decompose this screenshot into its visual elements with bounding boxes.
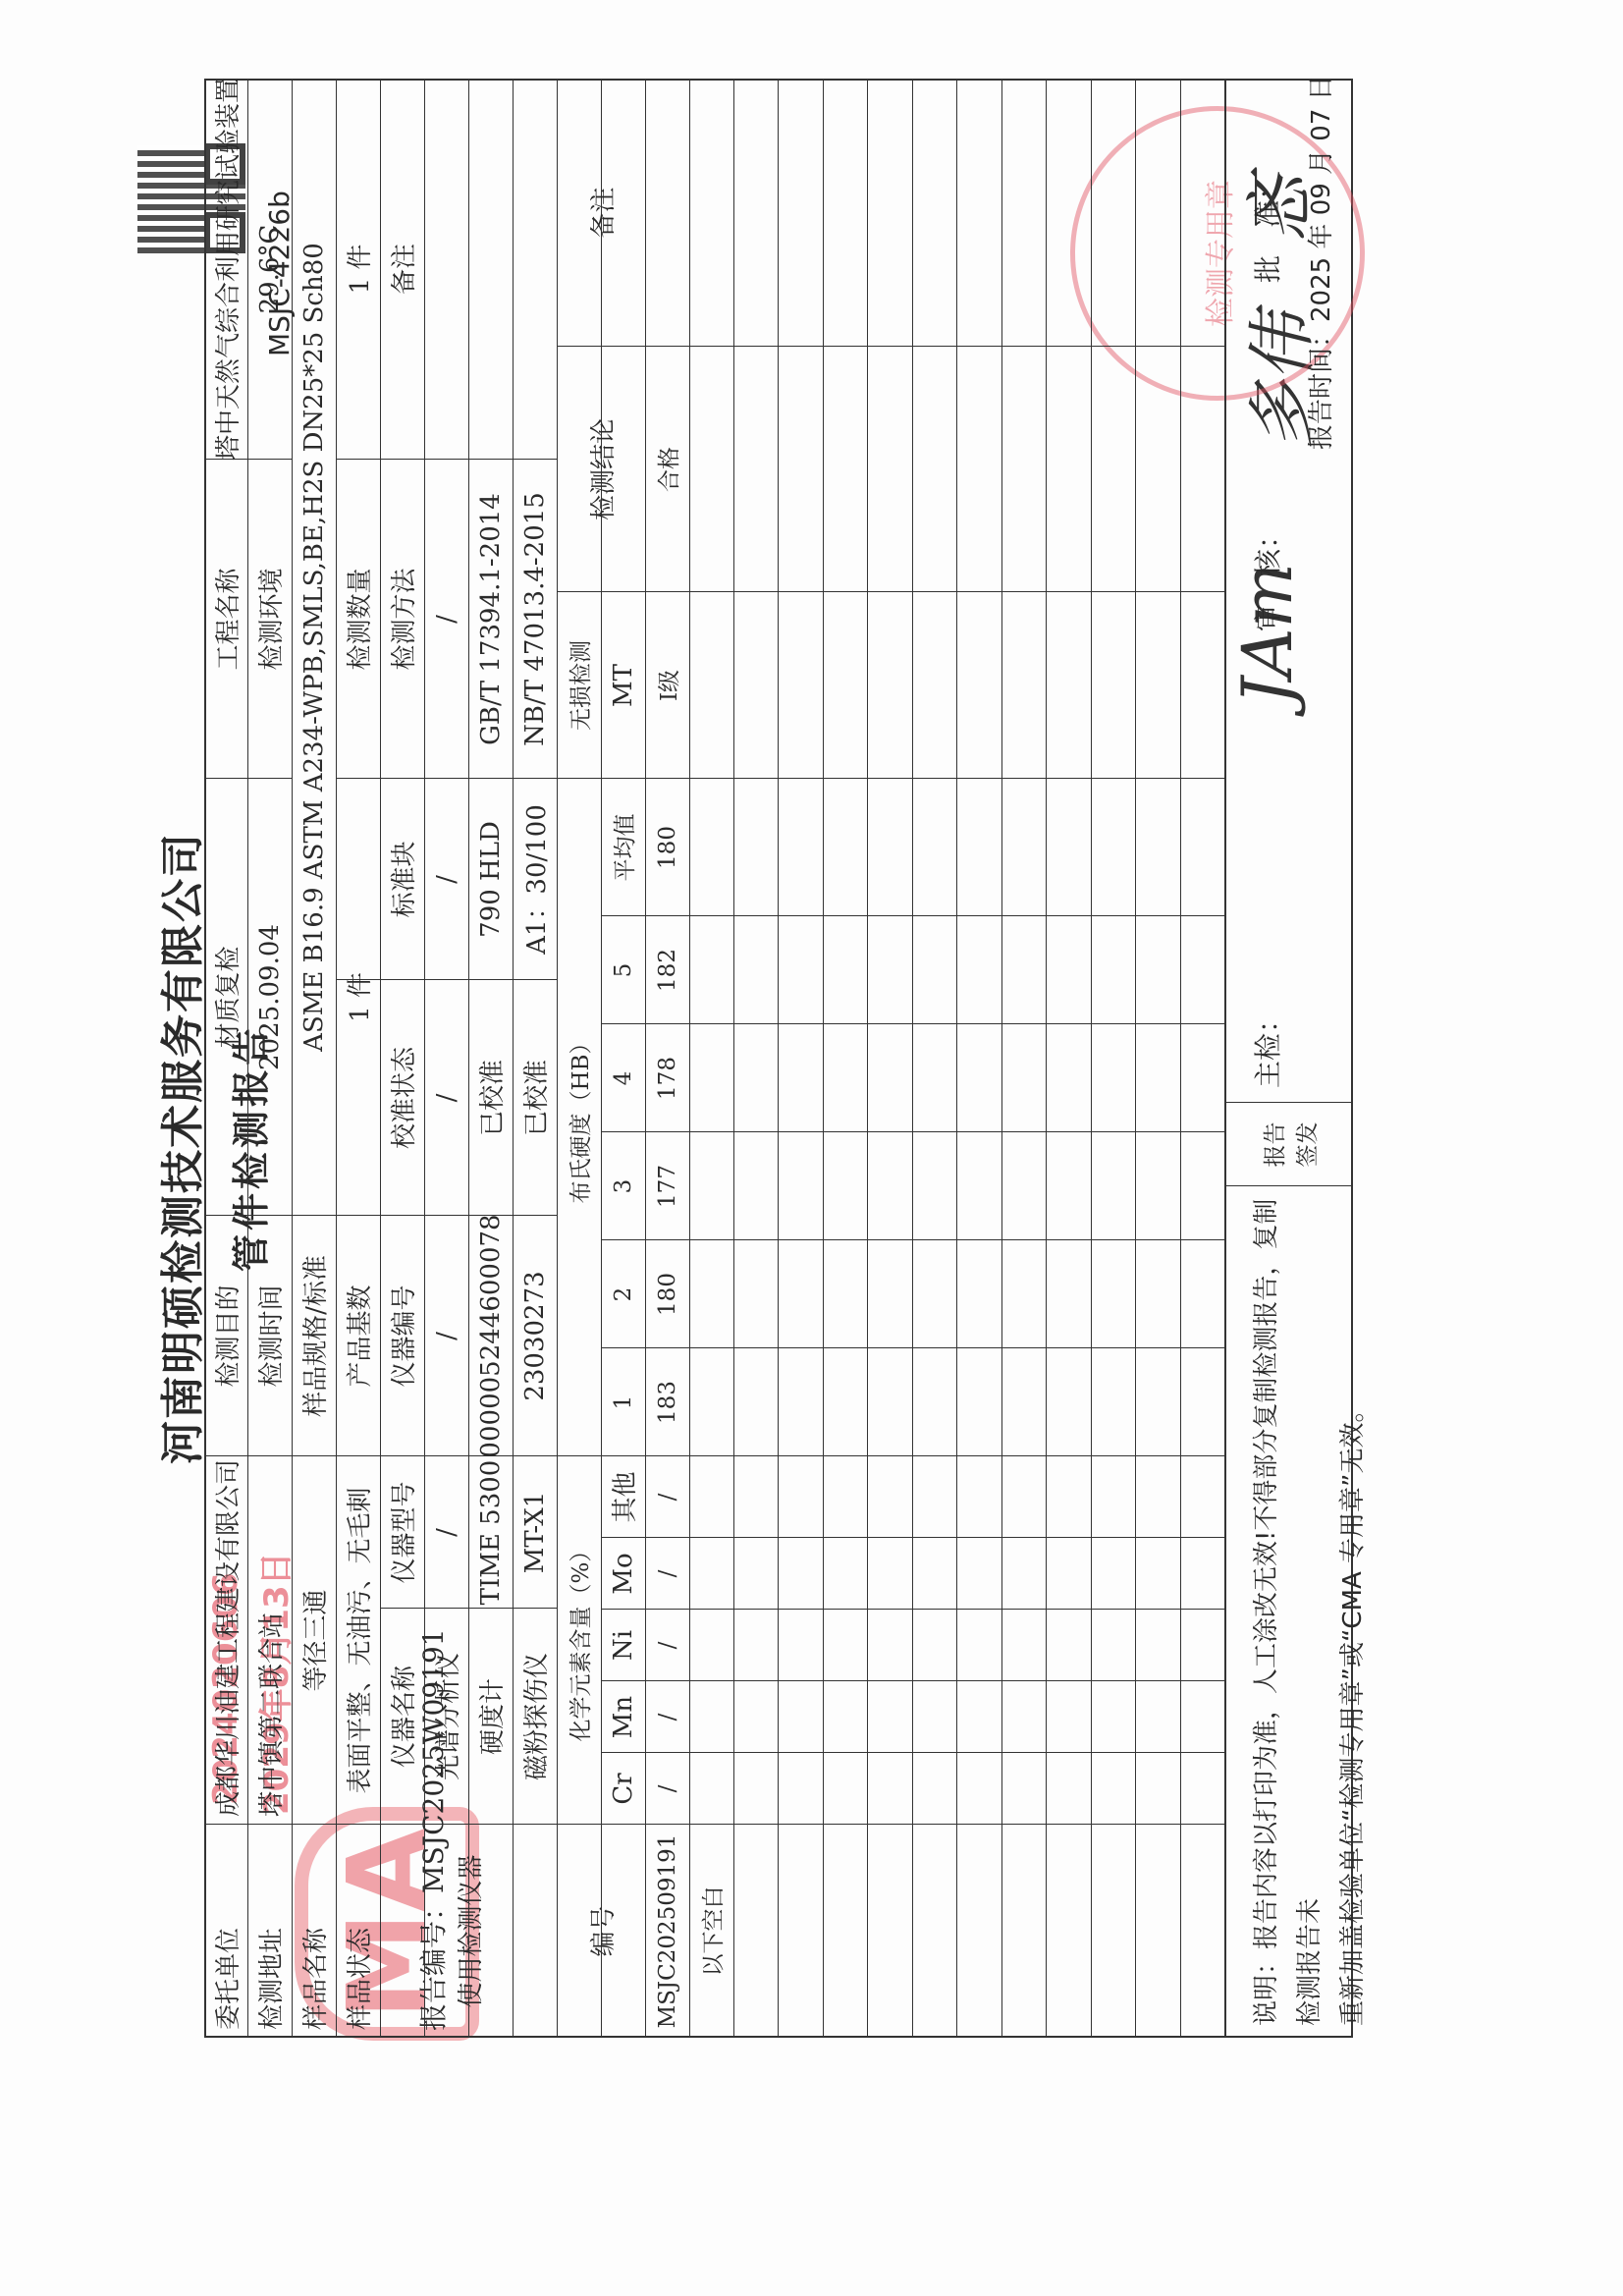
grid-line xyxy=(601,1537,1225,1538)
remark-value xyxy=(645,79,689,347)
qty-value: 1 件 xyxy=(336,79,380,460)
hardness-value: 178 xyxy=(645,1024,689,1132)
grid-line xyxy=(1135,79,1136,2038)
hardness-value: 182 xyxy=(645,916,689,1024)
base-label: 产品基数 xyxy=(336,1216,380,1456)
grid-line xyxy=(601,1347,1225,1348)
instrument-cell: 790 HLD xyxy=(468,779,513,980)
instrument-header: 仪器编号 xyxy=(380,1216,424,1456)
sample-name-value: 等径三通 xyxy=(292,1456,336,1825)
instrument-cell: 已校准 xyxy=(468,980,513,1216)
remark-header: 备注 xyxy=(557,79,645,347)
instrument-header: 标准块 xyxy=(380,779,424,980)
hardness-value: 183 xyxy=(645,1348,689,1456)
grid-line xyxy=(601,1680,1225,1681)
hardness-header: 布氏硬度（HB） xyxy=(557,779,601,1456)
state-label: 样品状态 xyxy=(336,1817,380,2038)
instrument-header: 校准状态 xyxy=(380,980,424,1216)
instrument-cell: / xyxy=(424,980,468,1216)
conclusion-header: 检测结论 xyxy=(557,347,645,592)
grid-line xyxy=(1046,79,1047,2038)
site-value: 塔中镇第二联合站 xyxy=(247,1449,292,1825)
reviewer-label: 审 核： xyxy=(1247,521,1286,631)
instrument-cell: 23030273 xyxy=(513,1216,557,1456)
instrument-cell: 已校准 xyxy=(513,980,557,1216)
state-value: 表面平整、无油污、无毛刺 xyxy=(336,1456,380,1825)
chem-col-header: Ni xyxy=(601,1610,645,1681)
env-label: 检测环境 xyxy=(247,460,292,779)
grid-line xyxy=(601,1131,1225,1132)
project-label: 工程名称 xyxy=(204,460,247,779)
chem-value: / xyxy=(645,1610,689,1681)
instrument-cell xyxy=(468,79,513,460)
ndt-value: I级 xyxy=(645,592,689,779)
grid-line xyxy=(867,79,868,2038)
grid-line xyxy=(601,1239,1225,1240)
grid-line xyxy=(1225,79,1226,2038)
instrument-header: 备注 xyxy=(380,79,424,460)
notes: 说明：报告内容以打印为准，人工涂改无效!不得部分复制检测报告，复制检测报告未重新… xyxy=(1245,1191,1375,2026)
issue-label: 报告签发 xyxy=(1225,1103,1353,1186)
hardness-value: 180 xyxy=(645,1240,689,1348)
chem-header: 化学元素含量（%） xyxy=(557,1456,601,1825)
chem-value: / xyxy=(645,1456,689,1538)
grid-line xyxy=(601,1023,1225,1024)
chem-col-header: Mn xyxy=(601,1681,645,1753)
date-label: 检测时间 xyxy=(247,1216,292,1456)
grid-line xyxy=(956,79,957,2038)
instrument-cell: 000005244600078 xyxy=(468,1216,513,1456)
site-label: 检测地址 xyxy=(247,1817,292,2038)
instrument-cell: GB/T 17394.1-2014 xyxy=(468,460,513,779)
instrument-header: 检测方法 xyxy=(380,460,424,779)
instrument-cell: A1：30/100 xyxy=(513,779,557,980)
instrument-cell: / xyxy=(424,460,468,779)
grid-line xyxy=(823,79,824,2038)
grid-line xyxy=(601,591,1225,592)
chem-value: / xyxy=(645,1753,689,1825)
purpose-label: 检测目的 xyxy=(204,1216,247,1456)
instrument-cell: / xyxy=(424,779,468,980)
blank-note: 以下空白 xyxy=(689,1825,733,2038)
instrument-header: 仪器型号 xyxy=(380,1456,424,1609)
sample-name-label: 样品名称 xyxy=(292,1817,336,2038)
hardness-col-header: 1 xyxy=(601,1348,645,1456)
grid-line xyxy=(1180,79,1181,2038)
grid-line xyxy=(601,1752,1225,1753)
id-header: 编号 xyxy=(557,1825,645,2038)
approver-label: 批 准： xyxy=(1247,173,1286,283)
instrument-cell: NB/T 47013.4-2015 xyxy=(513,460,557,779)
instrument-cell xyxy=(424,79,468,460)
spec-value: ASME B16.9 ASTM A234-WPB,SMLS,BE,H2S DN2… xyxy=(292,79,336,1216)
instrument-cell: TIME 5300 xyxy=(468,1456,513,1609)
env-value: 29.6°C xyxy=(247,79,292,460)
hardness-col-header: 5 xyxy=(601,916,645,1024)
instrument-cell: 磁粉探伤仪 xyxy=(513,1609,557,1825)
hardness-col-header: 3 xyxy=(601,1132,645,1240)
hardness-col-header: 2 xyxy=(601,1240,645,1348)
instrument-cell: MT-X1 xyxy=(513,1456,557,1609)
chem-value: / xyxy=(645,1538,689,1610)
grid-line xyxy=(601,1609,1225,1610)
notes-line-2: 重新加盖检验单位“检测专用章”或“CMA 专用章”无效。 xyxy=(1331,1191,1375,2026)
notes-line-1: 说明：报告内容以打印为准，人工涂改无效!不得部分复制检测报告，复制检测报告未 xyxy=(1245,1191,1331,2026)
instrument-header: 仪器名称 xyxy=(380,1609,424,1825)
instrument-cell: / xyxy=(424,1216,468,1456)
test-report-page: MSJC-4226b 河南明硕检测技术服务有限公司 管件检测报告 MA 报告编号… xyxy=(0,0,1623,2296)
instrument-cell: 硬度计 xyxy=(468,1609,513,1825)
sample-id: MSJC202509191 xyxy=(645,1825,689,2038)
project-value: 塔中天然气综合利用研究试验装置 xyxy=(204,79,247,460)
hardness-value: 180 xyxy=(645,779,689,916)
qty-label: 检测数量 xyxy=(336,460,380,779)
instruments-section-label: 使用检测仪器 xyxy=(380,1825,557,2038)
company-name: 河南明硕检测技术服务有限公司 xyxy=(147,0,210,2296)
inspector-label: 主检： xyxy=(1247,1006,1286,1088)
report-time: 报告时间：2025 年 09 月 07 日 xyxy=(1301,75,1337,450)
base-value: 1 件 xyxy=(336,779,380,1216)
hardness-value: 177 xyxy=(645,1132,689,1240)
client-value: 成都华川油建工程建设有限公司 xyxy=(204,1449,247,1825)
instrument-cell: 光谱分析仪 xyxy=(424,1609,468,1825)
date-value: 2025.09.04 xyxy=(247,779,292,1216)
conclusion-value: 合格 xyxy=(645,347,689,592)
purpose-value: 材质复检 xyxy=(204,779,247,1216)
grid-line xyxy=(733,79,734,2038)
grid-line xyxy=(1001,79,1002,2038)
ndt-header: 无损检测 xyxy=(557,592,601,779)
client-label: 委托单位 xyxy=(204,1817,247,2038)
grid-line xyxy=(778,79,779,2038)
grid-line xyxy=(912,79,913,2038)
hardness-col-header: 4 xyxy=(601,1024,645,1132)
grid-line xyxy=(1091,79,1092,2038)
spec-label: 样品规格/标准 xyxy=(292,1216,336,1456)
grid-line xyxy=(601,915,1225,916)
ndt-col-header: MT xyxy=(601,592,645,779)
instrument-cell xyxy=(513,79,557,460)
grid-line xyxy=(689,79,690,2038)
chem-col-header: Cr xyxy=(601,1753,645,1825)
chem-col-header: Mo xyxy=(601,1538,645,1610)
chem-col-header: 其他 xyxy=(601,1456,645,1538)
instrument-cell: / xyxy=(424,1456,468,1609)
hardness-col-header: 平均值 xyxy=(601,779,645,916)
chem-value: / xyxy=(645,1681,689,1753)
